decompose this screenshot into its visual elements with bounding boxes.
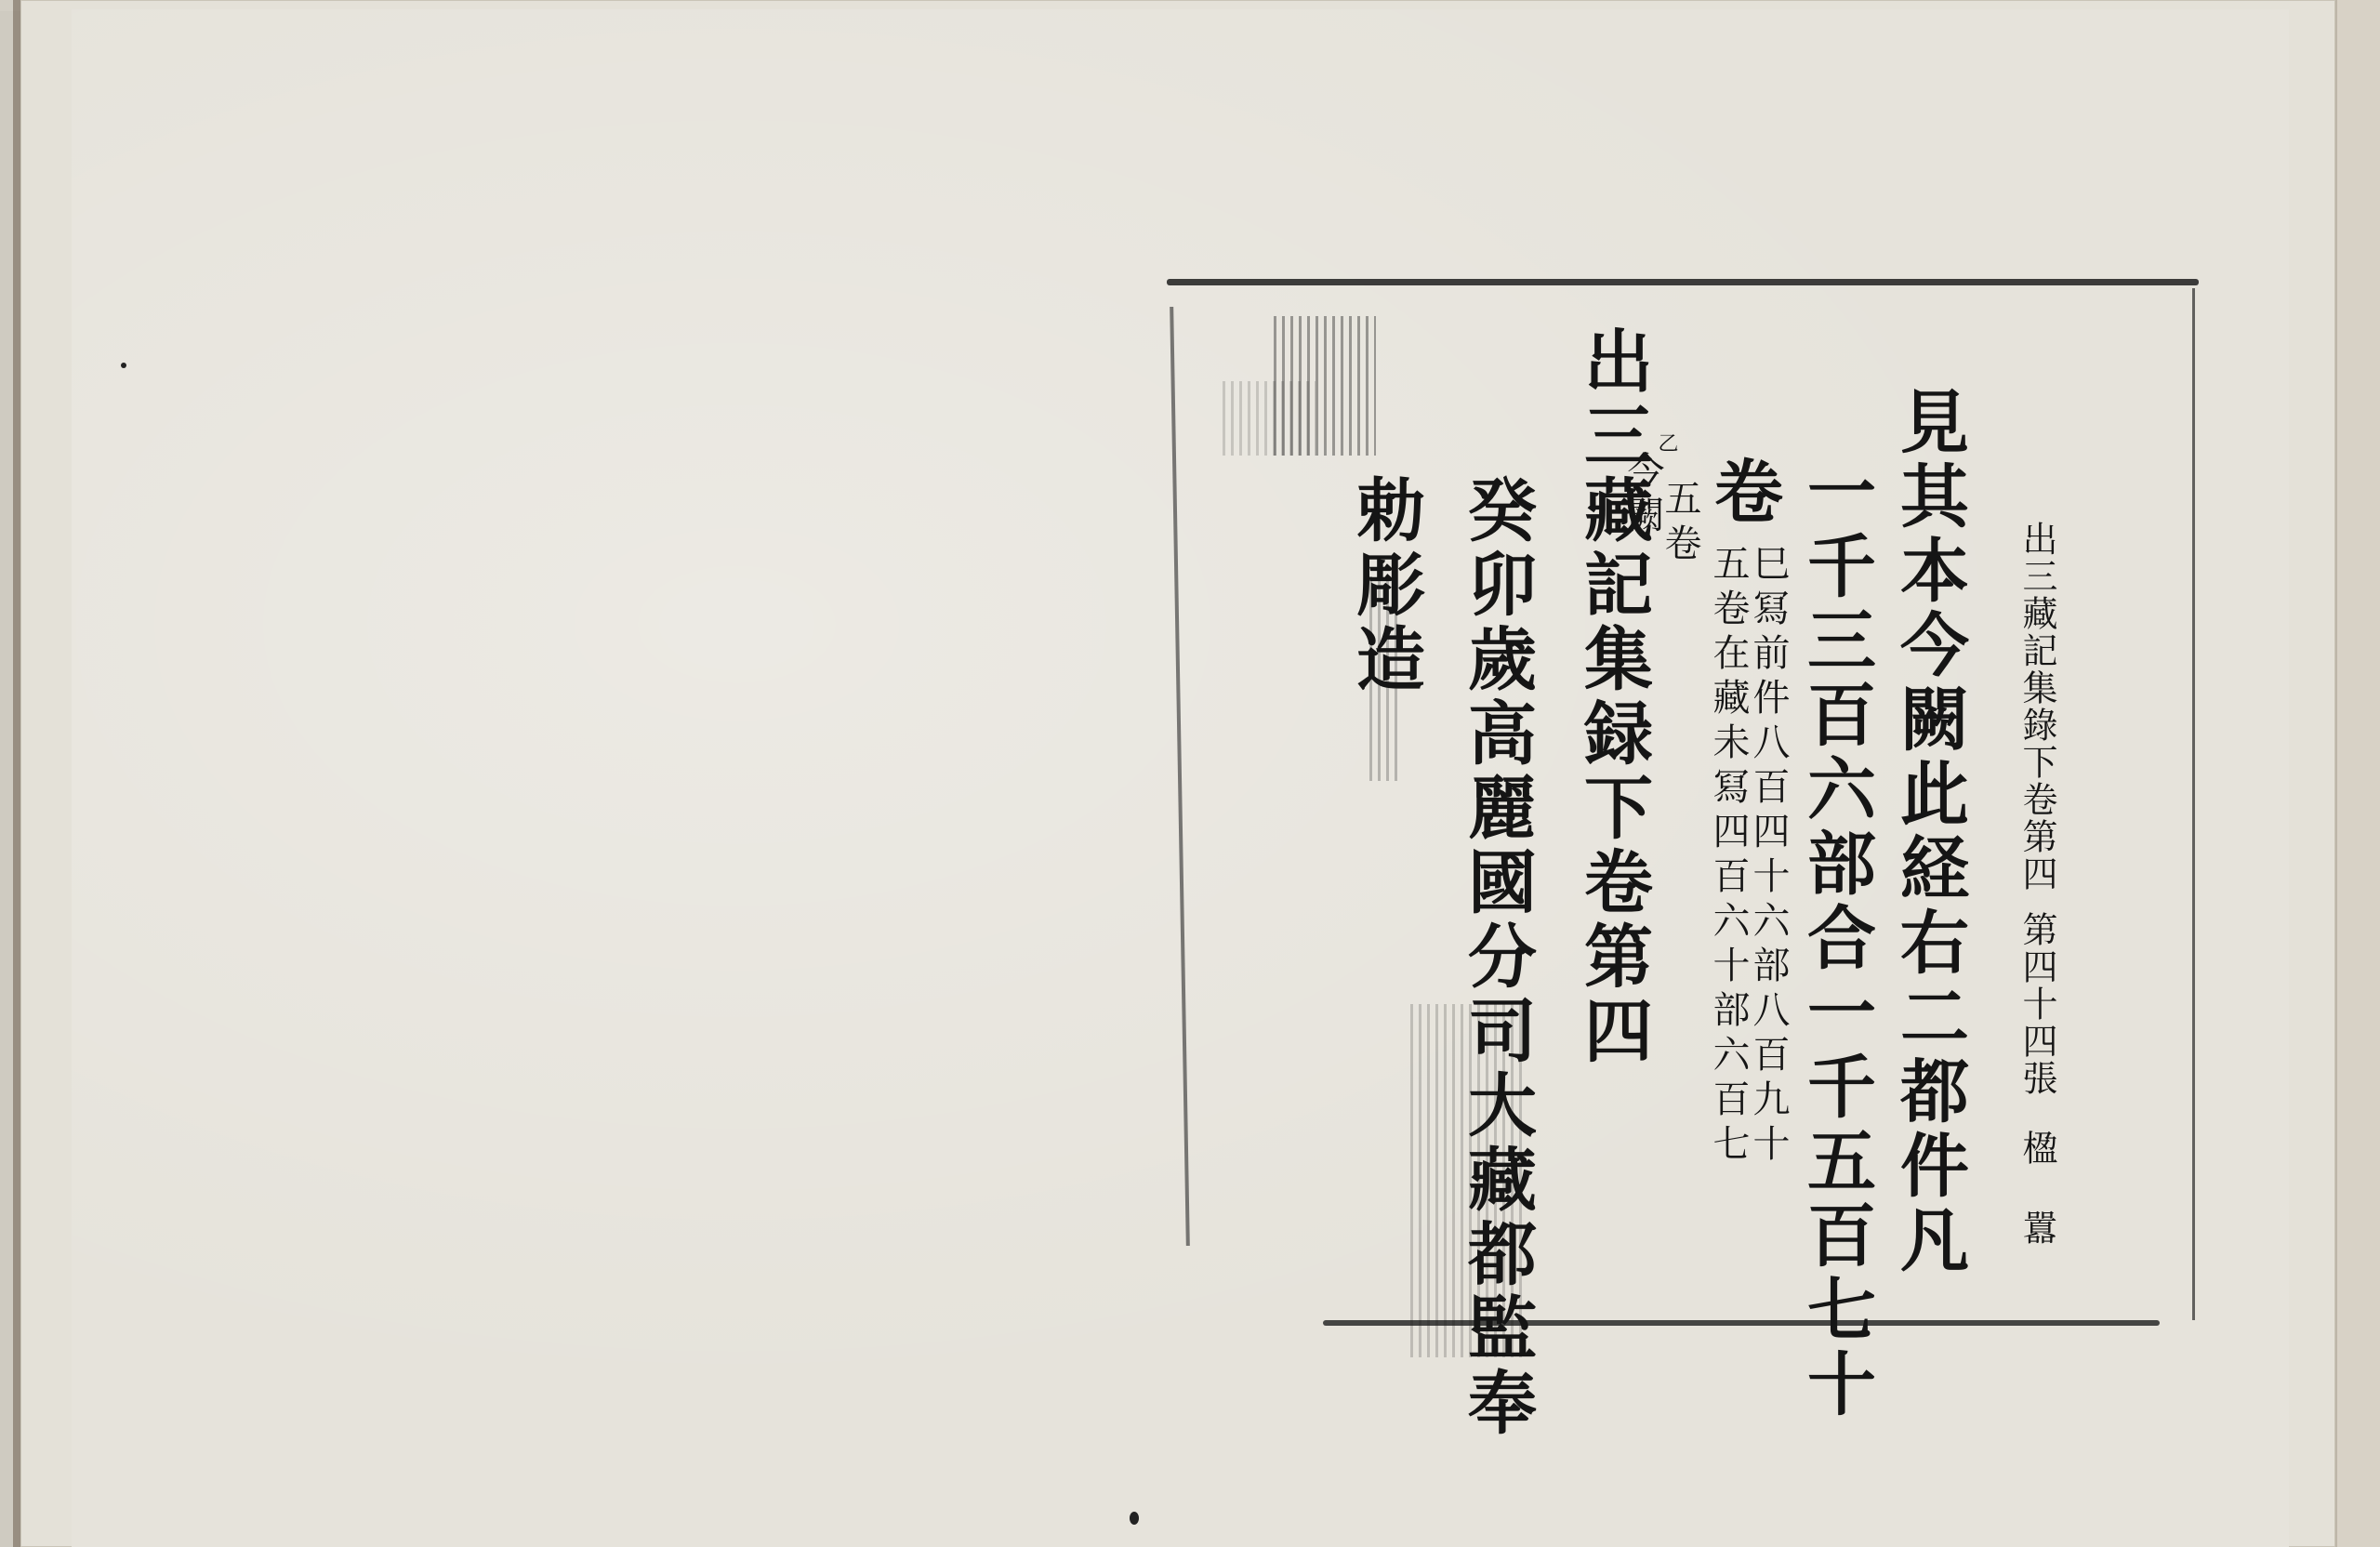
note-column-right: 巳冩前件八百四十六部八百九十 (1748, 544, 1789, 1169)
main-text-column-2: 一千三百六部合一千五百七十 (1799, 456, 1873, 1422)
sutra-title: 出三藏記集録下卷第四 (1576, 325, 1650, 1069)
page-fold-right (2335, 0, 2380, 1547)
ink-speck (1130, 1512, 1139, 1525)
note-column-left: 五卷在藏未冩四百六十部六百七 (1708, 544, 1749, 1169)
note-extra-right: 五卷 (1659, 479, 1700, 568)
colophon-line-1: 癸卯歲高麗國分司大藏都監奉 (1460, 474, 1534, 1441)
main-text-column-1: 見其本今闕此経右二都件凡 (1892, 386, 1966, 1278)
colophon-line-2: 勅彫造 (1348, 474, 1422, 697)
ink-smudge-seal (1223, 381, 1316, 456)
margin-page-number: 第四十四張 (2017, 911, 2056, 1097)
main-text-column-3: 卷 (1706, 456, 1780, 530)
ink-speck (121, 363, 126, 368)
block-top-rule (1167, 279, 2199, 285)
printed-block: 出三藏記集錄下卷第四 第四十四張 楹 囂 見其本今闕此経右二都件凡 一千三百六部… (1167, 279, 2199, 1320)
block-right-rule (2192, 288, 2195, 1320)
block-left-rule (1170, 307, 1190, 1246)
margin-mark: 楹 囂 (2017, 1130, 2056, 1247)
margin-title: 出三藏記集錄下卷第四 (2017, 521, 2056, 892)
